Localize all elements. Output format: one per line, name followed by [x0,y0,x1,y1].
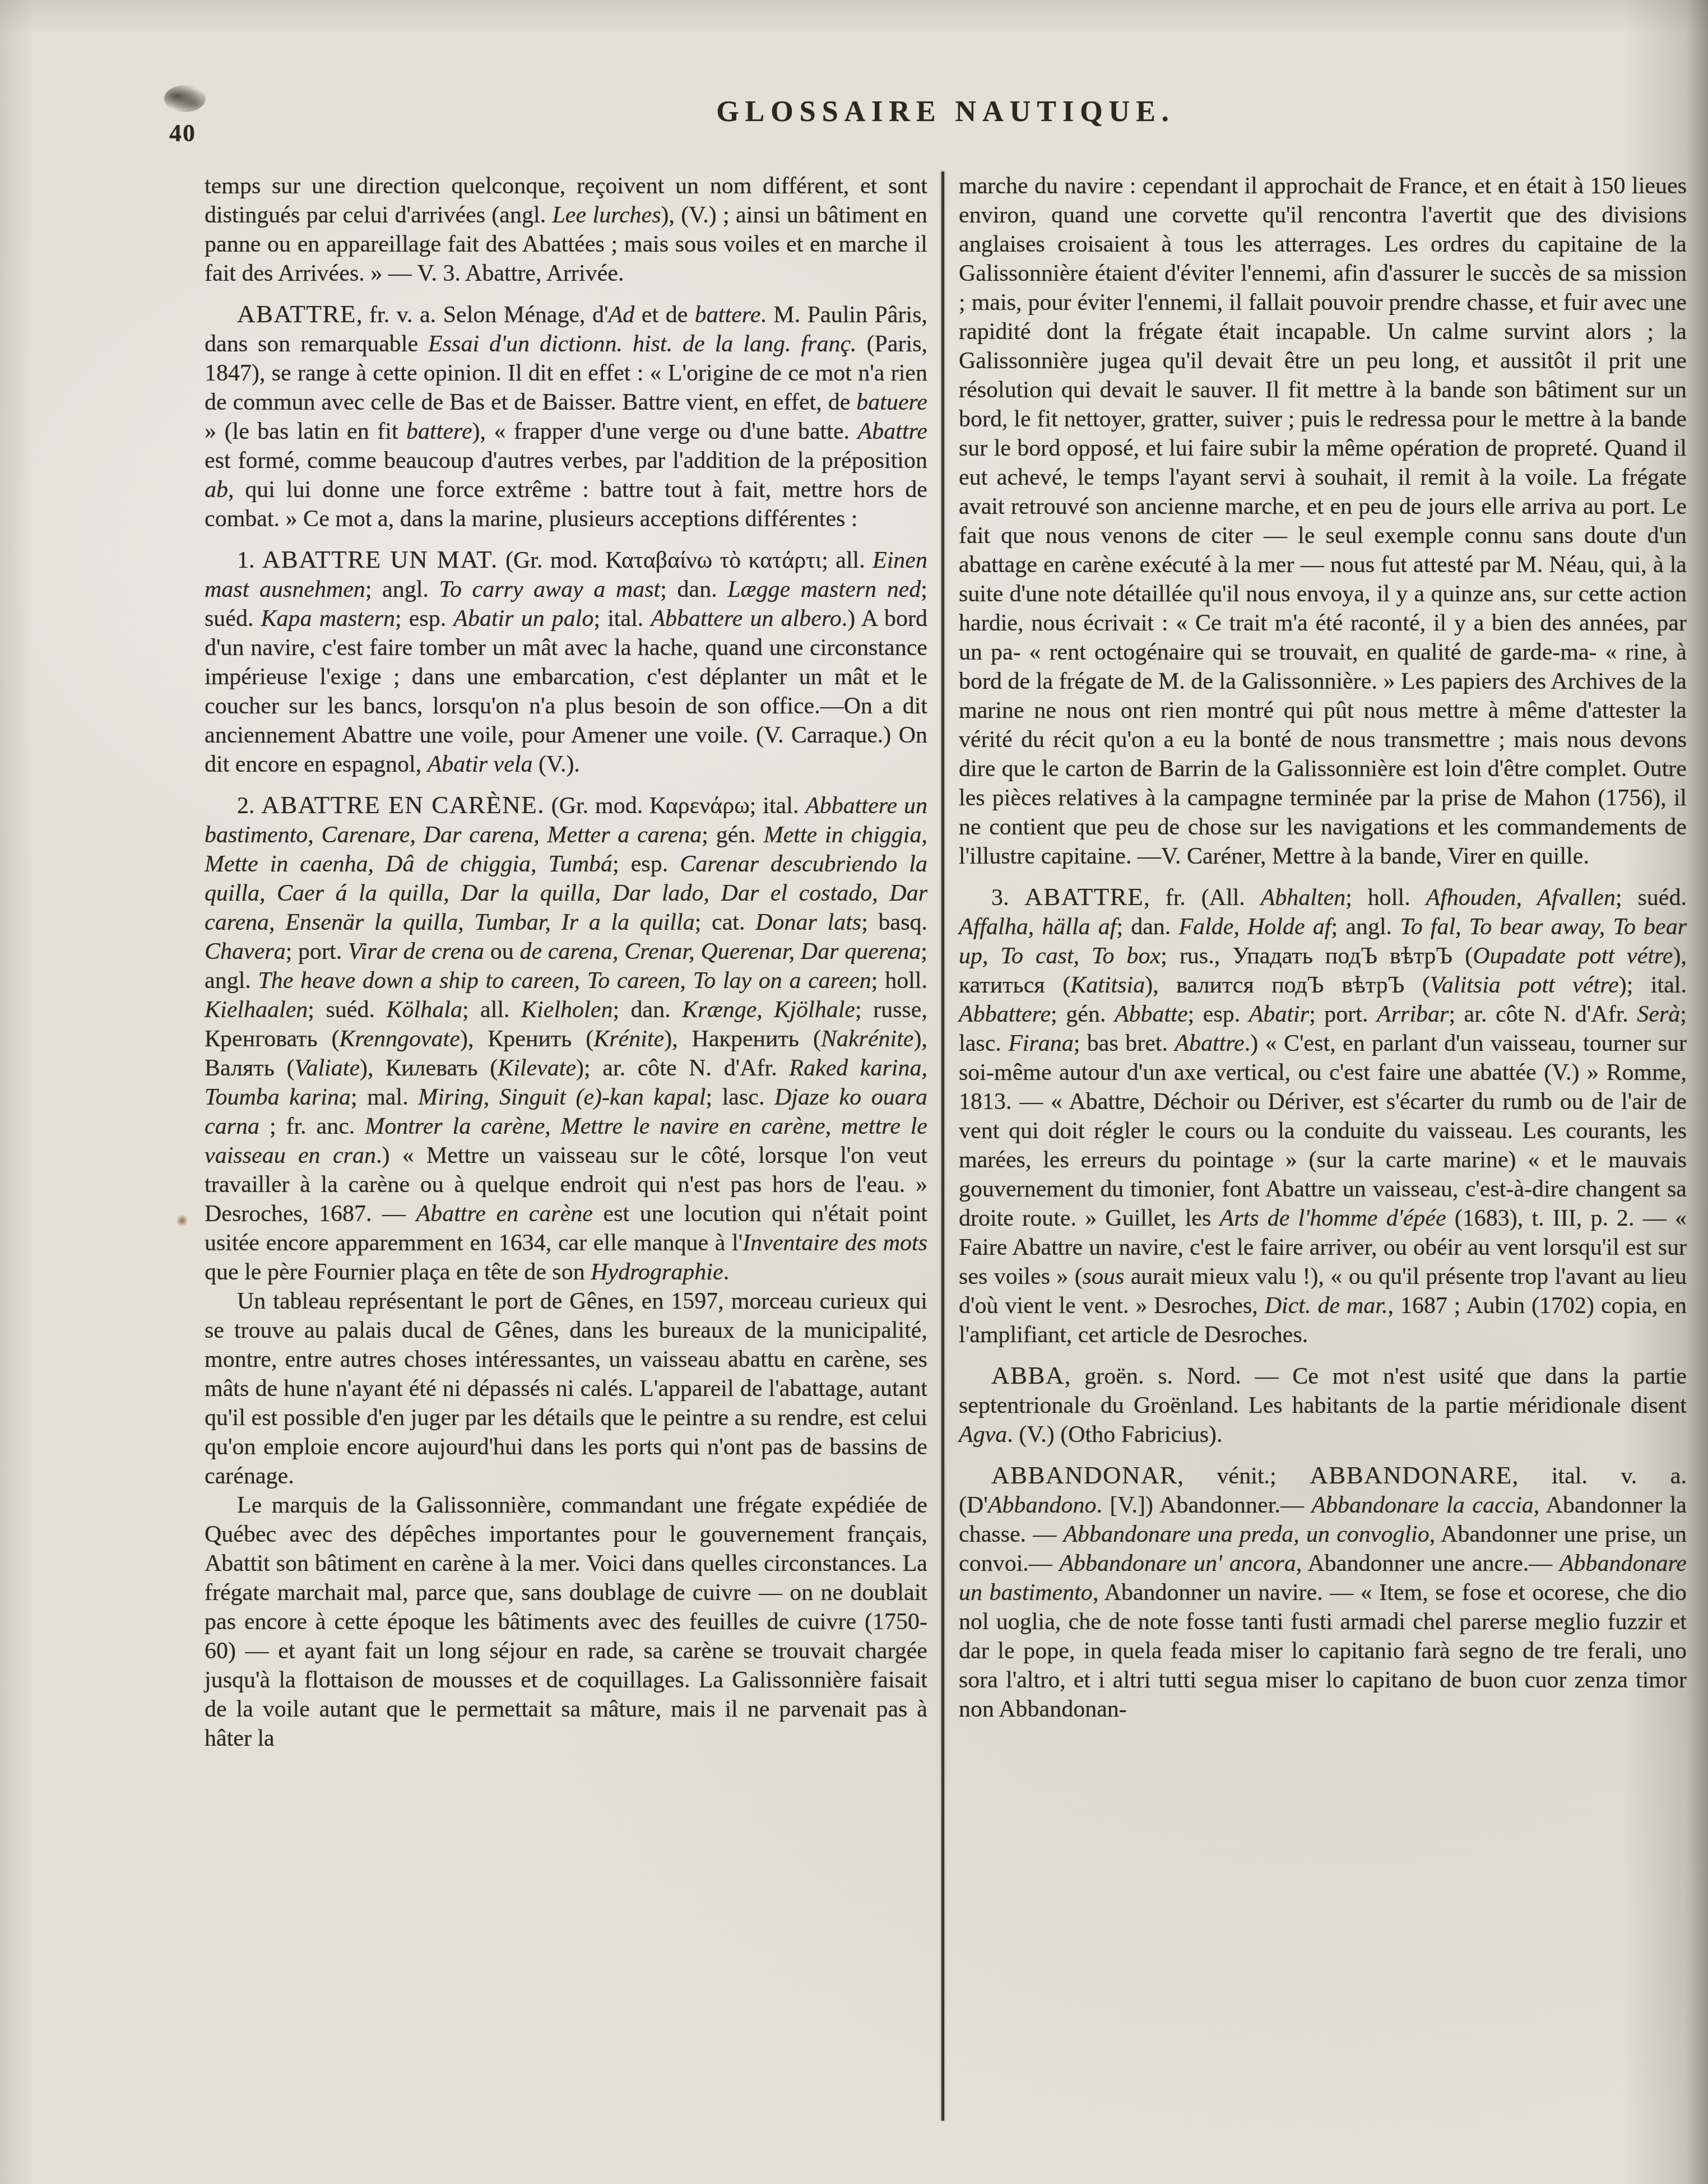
entry-abattre-3: 3. ABATTRE, fr. (All. Abhalten; holl. Af… [959,882,1687,1350]
paragraph-galissonniere-continuation: marche du navire : cependant il approcha… [959,171,1687,871]
entry-abattre-en-carene: 2. ABATTRE EN CARÈNE. (Gr. mod. Καρενάρω… [205,790,927,1287]
entry-abbandonar: ABBANDONAR, vénit.; ABBANDONARE, ital. v… [959,1460,1687,1724]
foxing-speck-artifact [177,1214,187,1227]
page-number: 40 [169,119,196,147]
column-divider-rule [941,171,944,2121]
entry-abattre-un-mat: 1. ABATTRE UN MAT. (Gr. mod. Καταβαίνω τ… [205,545,927,779]
entry-abattre-etymology: ABATTRE, fr. v. a. Selon Ménage, d'Ad et… [205,299,927,534]
entry-abba: ABBA, groën. s. Nord. — Ce mot n'est usi… [959,1361,1687,1449]
left-column: temps sur une direction quelconque, reço… [205,171,927,1753]
two-column-text-block: temps sur une direction quelconque, reço… [205,171,1687,2121]
scan-smudge-artifact [164,85,206,112]
paragraph-galissonniere: Le marquis de la Galissonnière, commanda… [205,1491,927,1753]
right-column: marche du navire : cependant il approcha… [959,171,1687,1724]
paragraph-abattees-continuation: temps sur une direction quelconque, reço… [205,171,927,288]
running-title: GLOSSAIRE NAUTIQUE. [205,95,1687,128]
paragraph-tableau-genes: Un tableau représentant le port de Gênes… [205,1287,927,1491]
